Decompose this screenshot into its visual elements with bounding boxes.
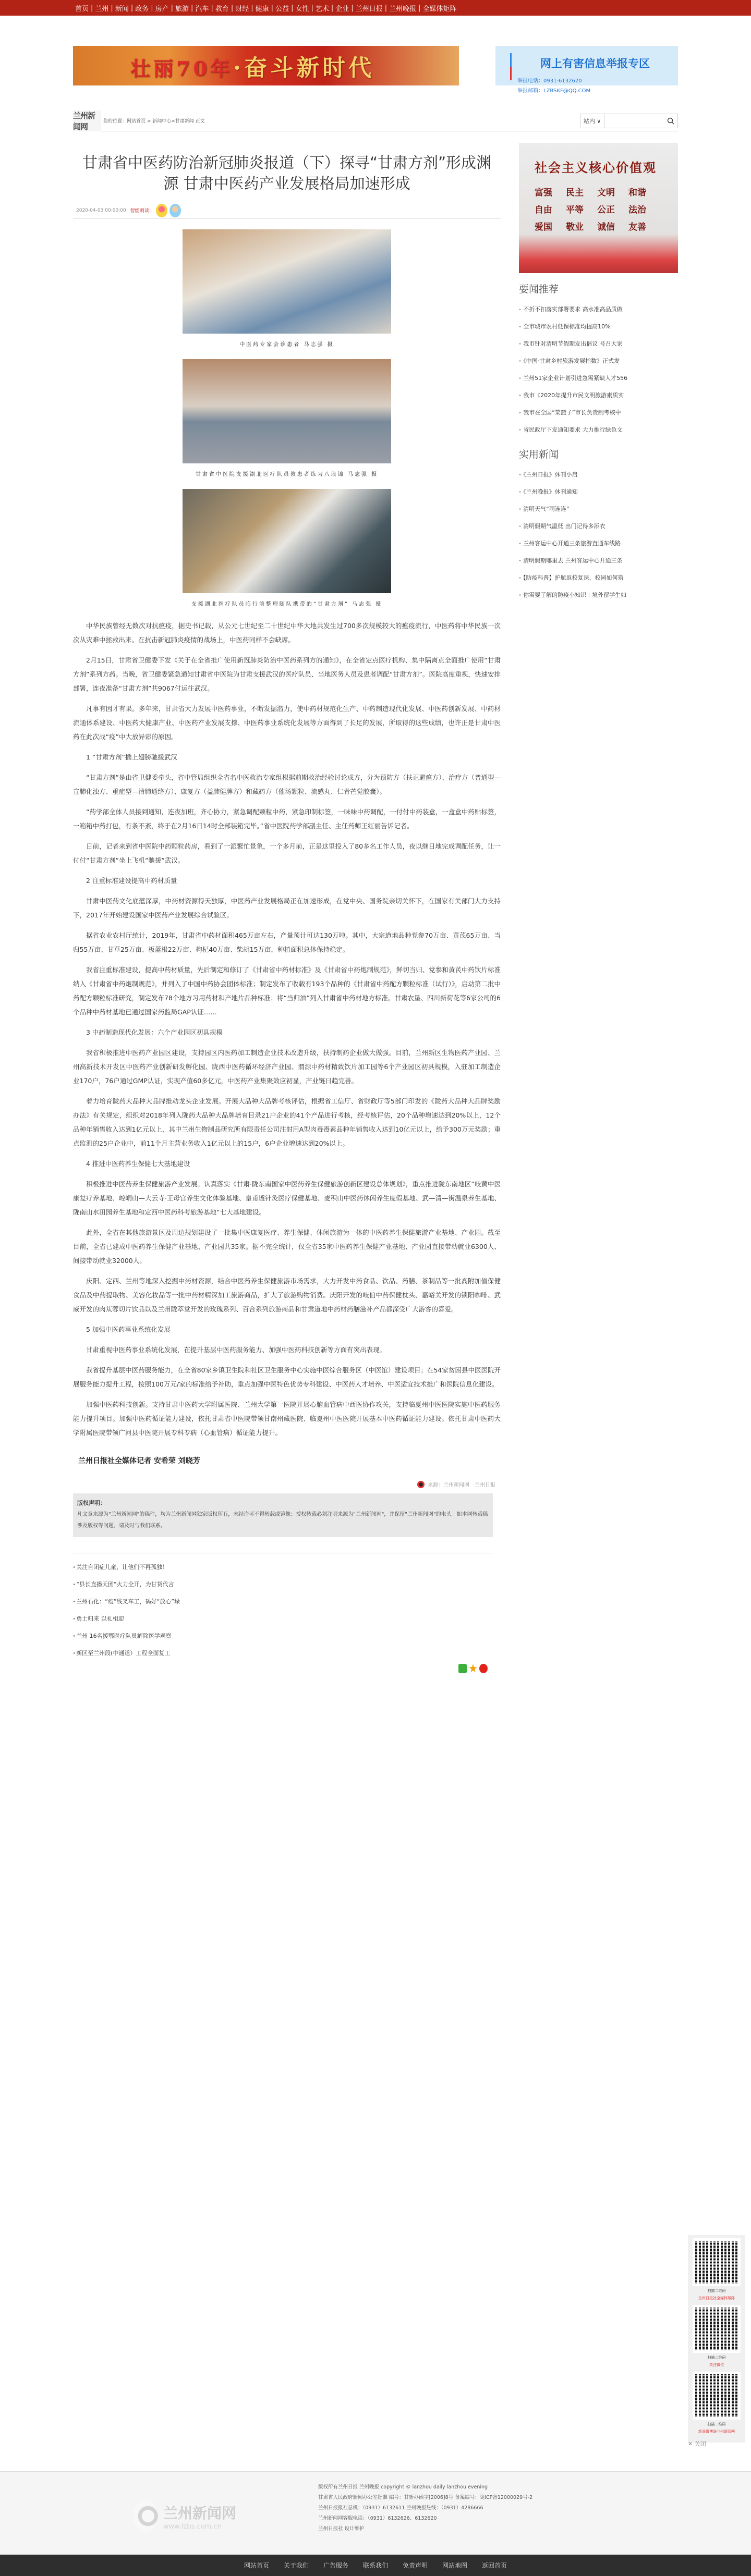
top-nav-item[interactable]: 汽车 xyxy=(193,3,211,13)
anniversary-banner[interactable]: 壮丽70年·奋斗新时代 xyxy=(73,46,459,85)
photo-medicine-boxes xyxy=(183,489,391,593)
section-heading: 4 推进中医药养生保健七大基地建设 xyxy=(73,1157,501,1171)
top-nav-item[interactable]: 健康 xyxy=(253,3,271,13)
top-nav-item[interactable]: 兰州日报 xyxy=(354,3,385,13)
copyright-notice: 版权声明： 凡文章来源为"兰州新闻网"的稿件，均为兰州新闻网独家版权所有，未经许… xyxy=(73,1493,493,1537)
practical-news-item[interactable]: 《兰州晚报》休刊通知 xyxy=(519,483,678,500)
practical-news-item[interactable]: 清明假期哪里去 兰州客运中心开通三条 xyxy=(519,552,678,569)
practical-news-title: 实用新闻 xyxy=(519,447,678,461)
article-paragraph: 着力培育陇药大品种大品牌推动龙头企业发展。开展大品种大品牌考核评估，根据省工信厅… xyxy=(73,1094,501,1150)
article-paragraph: 此外，全省在其他旅游景区及周边规划建设了一批集中医康复医疗、养生保健、休闲旅游为… xyxy=(73,1225,501,1268)
nav-separator: | xyxy=(131,4,133,12)
nav-separator: | xyxy=(351,4,353,12)
top-nav-bar: 首页|兰州|新闻|政务|房产|旅游|汽车|教育|财经|健康|公益|女性|艺术|企… xyxy=(0,0,751,16)
top-nav-item[interactable]: 财经 xyxy=(233,3,251,13)
core-value: 敬业 xyxy=(566,219,597,232)
top-news-item[interactable]: 全市城市农村低保标准均提高10% xyxy=(519,318,678,335)
page-body: 甘肃省中医药防治新冠肺炎报道（下）探寻“甘肃方剂”形成渊源 甘肃中医药产业发展格… xyxy=(73,152,678,1673)
breadcrumb[interactable]: 您的位置：网站首页 > 新闻中心>甘肃新闻 正文 xyxy=(103,117,205,124)
nav-separator: | xyxy=(291,4,293,12)
article-figure-2: 甘肃省中医院支援湖北医疗队员教患者练习八段锦 马志强 摄 xyxy=(73,359,501,477)
top-nav-item[interactable]: 教育 xyxy=(213,3,231,13)
search-box: 站内 ∨ xyxy=(580,114,678,128)
section-heading: 5 加强中医药事业系统化发展 xyxy=(73,1322,501,1336)
figure-caption: 中医药专家会诊患者 马志强 摄 xyxy=(73,340,501,348)
footer-nav-link[interactable]: 广告服务 xyxy=(323,2561,348,2570)
qr-sublabel: 新浪微博@兰州新闻网 xyxy=(693,2429,741,2434)
photo-expert-consultation xyxy=(183,229,391,334)
top-news-item[interactable]: 不折不扣落实部署要求 高水准高品质做 xyxy=(519,301,678,318)
core-value: 诚信 xyxy=(597,219,628,232)
related-news-item[interactable]: 兰州 16名援鄂医疗队员解除医学观察 xyxy=(73,1627,493,1645)
practical-news-list: 《兰州日报》休刊小启《兰州晚报》休刊通知清明天气“雨连连”清明假期气温低 出门记… xyxy=(519,466,678,604)
copyright-text: 凡文章来源为"兰州新闻网"的稿件，均为兰州新闻网独家版权所有，未经许可不得转载或… xyxy=(77,1509,489,1532)
female-voice-avatar-icon[interactable] xyxy=(156,204,167,217)
top-nav-item[interactable]: 政务 xyxy=(133,3,151,13)
footer-line: 兰州新闻网客服电话：（0931）6132626、6132620 xyxy=(318,2513,532,2524)
article-paragraph: 凡事有因才有果。多年来，甘肃省大力发展中医药事业，不断发掘潜力，使中药材规范化生… xyxy=(73,702,501,744)
qr-sublabel: 兰州日报社全媒体矩阵 xyxy=(693,2296,741,2301)
footer: 兰州新闻网 www.lzbs.com.cn 版权所有兰州日报 兰州晚报 copy… xyxy=(0,2471,751,2555)
article-paragraph: 我省积极推进中医药产业园区建设，支持园区内医药加工制造企业技术改造升级，扶持制药… xyxy=(73,1046,501,1088)
article-meta: 2020-04-03 00:00:00 智能朗读： xyxy=(73,205,501,219)
article-body: 中华民族曾经无数次对抗瘟疫，据史书记载，从公元七世纪至二十世纪中华大地共发生过7… xyxy=(73,619,501,1440)
top-nav-item[interactable]: 兰州晚报 xyxy=(387,3,418,13)
report-email: 举报邮箱：LZBSKF@QQ.COM xyxy=(511,86,678,94)
nav-separator: | xyxy=(231,4,233,12)
footer-nav-link[interactable]: 联系我们 xyxy=(363,2561,388,2570)
publish-date: 2020-04-03 00:00:00 xyxy=(76,208,126,213)
footer-line: 甘肃省人民政府新闻办公室批准 编号：甘新办函字[2006]8号 备案编号：陇IC… xyxy=(318,2493,532,2503)
article-paragraph: “甘肃方剂”是由省卫健委牵头，省中管局组织全省名中医救治专家组根据前期救治经验讨… xyxy=(73,770,501,799)
top-news-item[interactable]: 省民政厅下发通知要求 大力推行绿色文 xyxy=(519,421,678,438)
top-nav-item[interactable]: 全媒体矩阵 xyxy=(421,3,459,13)
nav-separator: | xyxy=(418,4,420,12)
top-news-list: 不折不扣落实部署要求 高水准高品质做全市城市农村低保标准均提高10%我市针对清明… xyxy=(519,301,678,438)
core-value: 平等 xyxy=(566,202,597,215)
qr-block: 扫描二维码兰州日报社全媒体矩阵 xyxy=(693,2238,741,2301)
qr-label: 扫描二维码 xyxy=(693,2422,741,2427)
top-nav-item[interactable]: 首页 xyxy=(73,3,91,13)
nav-separator: | xyxy=(385,4,387,12)
photo-baduanjin-exercise xyxy=(183,359,391,463)
article-paragraph: 我省提升基层中医药服务能力，在全省80家乡镇卫生院和社区卫生服务中心实施中医综合… xyxy=(73,1363,501,1391)
qr-pattern xyxy=(695,2241,738,2284)
nav-separator: | xyxy=(331,4,333,12)
top-news-title: 要闻推荐 xyxy=(519,281,678,296)
source-text: 来源：兰州新闻网 兰州日报 xyxy=(428,1480,495,1488)
practical-news-item[interactable]: 清明假期气温低 出门记得多添衣 xyxy=(519,518,678,535)
qr-code-icon[interactable] xyxy=(693,2238,741,2286)
report-accent-bar xyxy=(510,53,512,80)
core-value: 民主 xyxy=(566,185,597,198)
core-value: 和谐 xyxy=(628,185,660,198)
nav-separator: | xyxy=(171,4,173,12)
footer-line: 兰州日报社 设计维护 xyxy=(318,2524,532,2534)
top-nav: 首页|兰州|新闻|政务|房产|旅游|汽车|教育|财经|健康|公益|女性|艺术|企… xyxy=(73,0,678,16)
related-news-item[interactable]: 新区至兰州段(中通道）工程全面复工 xyxy=(73,1645,493,1662)
core-value: 爱国 xyxy=(535,219,566,232)
core-value: 富强 xyxy=(535,185,566,198)
top-news-item[interactable]: 我市《2020年提升市民文明旅游素质实 xyxy=(519,387,678,404)
nav-separator: | xyxy=(271,4,273,12)
footer-info: 版权所有兰州日报 兰州晚报 copyright © lanzhou daily … xyxy=(318,2482,532,2534)
figure-caption: 甘肃省中医院支援湖北医疗队员教患者练习八段锦 马志强 摄 xyxy=(73,470,501,477)
practical-news-item[interactable]: 《兰州日报》休刊小启 xyxy=(519,466,678,483)
footer-logo-name: 兰州新闻网 xyxy=(163,2502,236,2523)
core-value: 公正 xyxy=(597,202,628,215)
article-figure-1: 中医药专家会诊患者 马志强 摄 xyxy=(73,229,501,348)
values-grid: 富强民主文明和谐自由平等公正法治爱国敬业诚信友善 xyxy=(535,185,678,232)
article-main: 甘肃省中医药防治新冠肺炎报道（下）探寻“甘肃方剂”形成渊源 甘肃中医药产业发展格… xyxy=(73,152,501,1673)
section-heading: 3 中药制造现代化发展：六个产业园区初具规模 xyxy=(73,1025,501,1039)
nav-separator: | xyxy=(111,4,113,12)
core-value: 文明 xyxy=(597,185,628,198)
footer-nav-link[interactable]: 关于我们 xyxy=(284,2561,309,2570)
article-figure-3: 支援湖北医疗队员临行前整理随队携带的“甘肃方剂” 马志强 摄 xyxy=(73,489,501,607)
related-news-item[interactable]: 兰州石化：“疫”线叉车工，码好“放心”垛 xyxy=(73,1593,493,1610)
core-value: 自由 xyxy=(535,202,566,215)
core-values-ad[interactable]: 社会主义核心价值观 富强民主文明和谐自由平等公正法治爱国敬业诚信友善 xyxy=(519,143,678,273)
male-voice-avatar-icon[interactable] xyxy=(169,204,181,217)
section-heading: 2 注重标准建设提高中药材质量 xyxy=(73,874,501,888)
nav-separator: | xyxy=(91,4,93,12)
footer-logo: 兰州新闻网 www.lzbs.com.cn xyxy=(133,2493,279,2540)
article-author: 兰州日报社全媒体记者 安希荣 刘晓芳 xyxy=(73,1455,501,1466)
related-news-list: 关注自闭症儿童，让他们不再孤独！“县长直播天团”火力全开，为甘货代言兰州石化：“… xyxy=(73,1553,493,1662)
article-source: 来源：兰州新闻网 兰州日报 xyxy=(73,1480,501,1488)
article-paragraph: 2月15日，甘肃省卫健委下发《关于在全省推广使用新冠肺炎防治中医药系列方的通知》… xyxy=(73,653,501,695)
nav-separator: | xyxy=(211,4,213,12)
top-nav-item[interactable]: 艺术 xyxy=(313,3,331,13)
article-paragraph: 积极推进中医药养生保健旅游产业发展。认真落实《甘肃·陇东南国家中医药养生保健旅游… xyxy=(73,1177,501,1219)
top-nav-item[interactable]: 兰州 xyxy=(93,3,111,13)
article-title: 甘肃省中医药防治新冠肺炎报道（下）探寻“甘肃方剂”形成渊源 甘肃中医药产业发展格… xyxy=(73,152,501,194)
source-logo-icon xyxy=(417,1481,425,1488)
wechat-icon[interactable] xyxy=(458,1664,467,1673)
top-news-item[interactable]: 兰州51家企业计划引进急需紧缺人才556 xyxy=(519,370,678,387)
section-heading: 1 “甘肃方剂”插上翅膀驰援武汉 xyxy=(73,750,501,764)
practical-news-item[interactable]: 兰州客运中心开通三条旅游直通车线路 xyxy=(519,535,678,552)
practical-news-item[interactable]: 清明天气“雨连连” xyxy=(519,500,678,518)
sidebar: 社会主义核心价值观 富强民主文明和谐自由平等公正法治爱国敬业诚信友善 要闻推荐 … xyxy=(519,143,678,1673)
qr-block: 扫描二维码关注微信 xyxy=(693,2305,741,2368)
ad-heading: 社会主义核心价值观 xyxy=(535,157,678,176)
qr-block: 扫描二维码新浪微博@兰州新闻网 xyxy=(693,2372,741,2434)
top-nav-item[interactable]: 女性 xyxy=(293,3,311,13)
top-nav-item[interactable]: 企业 xyxy=(333,3,351,13)
related-news-item[interactable]: “县长直播天团”火力全开，为甘货代言 xyxy=(73,1576,493,1593)
qr-pattern xyxy=(695,2374,738,2417)
report-phone: 举报电话：0931-6132620 xyxy=(511,76,678,84)
banner-row: 壮丽70年·奋斗新时代 网上有害信息举报专区 举报电话：0931-6132620… xyxy=(73,46,678,85)
report-banner[interactable]: 网上有害信息举报专区 举报电话：0931-6132620 举报邮箱：LZBSKF… xyxy=(495,46,678,85)
nav-separator: | xyxy=(251,4,253,12)
qr-code-panel: 扫描二维码兰州日报社全媒体矩阵扫描二维码关注微信扫描二维码新浪微博@兰州新闻网 xyxy=(688,2235,745,2443)
nav-separator: | xyxy=(191,4,193,12)
footer-logo-url: www.lzbs.com.cn xyxy=(163,2523,236,2531)
top-news-item[interactable]: 《中国·甘肃乡村旅游发展指数》正式发 xyxy=(519,352,678,370)
logo-bar: 兰州新闻网 您的位置：网站首页 > 新闻中心>甘肃新闻 正文 站内 ∨ xyxy=(73,111,678,131)
related-news-item[interactable]: 关注自闭症儿童，让他们不再孤独！ xyxy=(73,1559,493,1576)
slogan-number: 70年 xyxy=(176,57,233,80)
qzone-icon[interactable] xyxy=(469,1664,477,1673)
site-logo[interactable]: 兰州新闻网 xyxy=(73,111,101,131)
report-title: 网上有害信息举报专区 xyxy=(511,53,678,74)
qr-code-icon[interactable] xyxy=(693,2372,741,2420)
footer-logo-swirl-icon xyxy=(133,2500,158,2532)
qr-label: 扫描二维码 xyxy=(693,2288,741,2293)
top-nav-item[interactable]: 公益 xyxy=(273,3,291,13)
practical-news-item[interactable]: 【防疫科普】护航返校复课，校园如何筑 xyxy=(519,569,678,586)
nav-separator: | xyxy=(311,4,313,12)
banner-slogan: 壮丽70年·奋斗新时代 xyxy=(130,49,374,82)
search-icon[interactable] xyxy=(664,114,677,128)
footer-nav-link[interactable]: 网站地图 xyxy=(442,2561,467,2570)
share-bar xyxy=(73,1664,493,1673)
footer-nav-link[interactable]: 免责声明 xyxy=(403,2561,428,2570)
nav-separator: | xyxy=(151,4,153,12)
article-paragraph: “药学部全体人员接到通知，连夜加班，齐心协力，紧急调配颗粒中药，紧急印制标签，一… xyxy=(73,805,501,833)
article-paragraph: 甘肃重视中医药事业系统化发展，在提升基层中医药服务能力、加强中医药科技创新等方面… xyxy=(73,1343,501,1357)
article-paragraph: 我省注重标准建设，提高中药材质量，先后制定和修订了《甘肃省中药材标准》及《甘肃省… xyxy=(73,963,501,1019)
article-paragraph: 据省农业农村厅统计，2019年，甘肃省中药材面积465万亩左右，产量预计可达13… xyxy=(73,928,501,956)
smart-read-label: 智能朗读： xyxy=(130,207,154,214)
related-news-item[interactable]: 勇士归来 以礼相迎 xyxy=(73,1610,493,1627)
article-paragraph: 日前，记者来到省中医院中药颗粒药房，看到了一派繁忙景象，一个多月前，正是这里投入… xyxy=(73,839,501,867)
weibo-icon[interactable] xyxy=(479,1664,488,1673)
footer-nav-link[interactable]: 网站首页 xyxy=(244,2561,269,2570)
copyright-heading: 版权声明： xyxy=(77,1498,489,1509)
search-input[interactable] xyxy=(604,114,664,128)
top-nav-item[interactable]: 房产 xyxy=(153,3,171,13)
article-paragraph: 加强中医药科技创新。支持甘肃中医药大学附属医院、兰州大学第一医院开展心脑血管病中… xyxy=(73,1397,501,1440)
footer-nav-link[interactable]: 返回首页 xyxy=(482,2561,507,2570)
core-value: 友善 xyxy=(628,219,660,232)
core-value: 法治 xyxy=(628,202,660,215)
qr-label: 扫描二维码 xyxy=(693,2355,741,2360)
top-nav-item[interactable]: 旅游 xyxy=(173,3,191,13)
practical-news-item[interactable]: 你需要了解的防疫小知识｜境外留学生如 xyxy=(519,586,678,604)
figure-caption: 支援湖北医疗队员临行前整理随队携带的“甘肃方剂” 马志强 摄 xyxy=(73,599,501,607)
qr-sublabel: 关注微信 xyxy=(693,2362,741,2368)
article-paragraph: 庆阳、定西、兰州等地深入挖掘中药材资源，结合中医药养生保健旅游市场需求，大力开发… xyxy=(73,1274,501,1316)
slogan-main: 奋斗新时代 xyxy=(244,55,374,81)
top-news-item[interactable]: 我市在全国“菜篮子”市长负责制考核中 xyxy=(519,404,678,421)
article-paragraph: 甘肃中医药文化底蕴深厚，中药材资源得天独厚，中医药产业发展格局正在加速形成，在党… xyxy=(73,894,501,922)
slogan-prefix: 壮丽 xyxy=(130,57,176,80)
qr-pattern xyxy=(695,2308,738,2350)
search-scope-select[interactable]: 站内 ∨ xyxy=(580,114,604,128)
top-news-item[interactable]: 我市针对清明节假期发出倡议 号召大家 xyxy=(519,335,678,352)
article-paragraph: 中华民族曾经无数次对抗瘟疫，据史书记载，从公元七世纪至二十世纪中华大地共发生过7… xyxy=(73,619,501,647)
bottom-nav: 网站首页关于我们广告服务联系我们免责声明网站地图返回首页 xyxy=(0,2555,751,2576)
footer-line: 版权所有兰州日报 兰州晚报 copyright © lanzhou daily … xyxy=(318,2482,532,2493)
top-nav-item[interactable]: 新闻 xyxy=(113,3,131,13)
footer-line: 兰州日报报社总机：（0931）6132611 兰州晚报热线：（0931）4286… xyxy=(318,2503,532,2513)
qr-code-icon[interactable] xyxy=(693,2305,741,2353)
close-qr-button[interactable]: ✕ 关闭 xyxy=(688,2439,706,2448)
